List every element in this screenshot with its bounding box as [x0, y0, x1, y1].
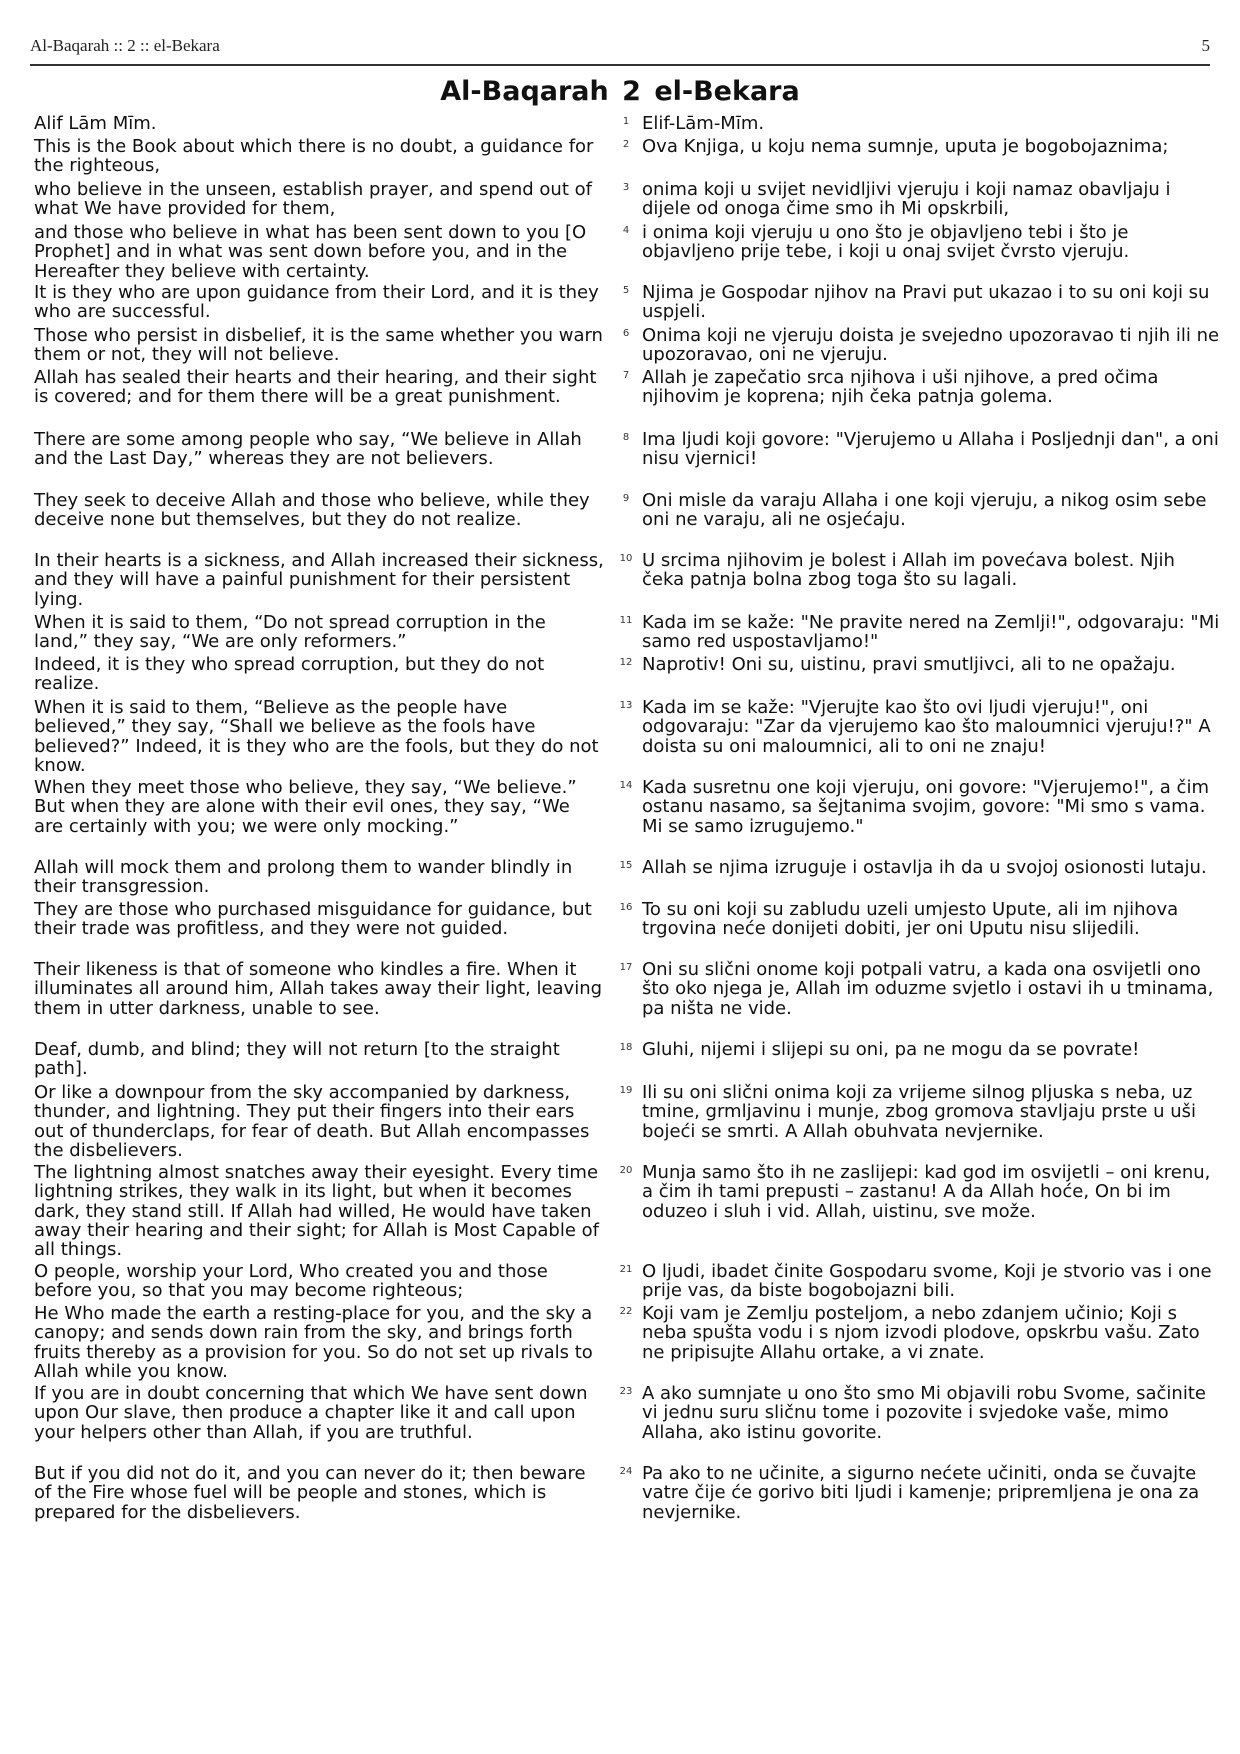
verse-bosnian-text: Pa ako to ne učinite, a sigurno nećete u…	[642, 1464, 1222, 1522]
verse-english-text: The lightning almost snatches away their…	[34, 1163, 604, 1259]
verse-number: 16	[616, 898, 636, 917]
verse-number: 5	[616, 281, 636, 300]
verse-english-text: Their likeness is that of someone who ki…	[34, 960, 604, 1018]
verse-number: 21	[616, 1260, 636, 1279]
header-rule	[30, 64, 1210, 66]
verse-english-text: If you are in doubt concerning that whic…	[34, 1384, 604, 1442]
verse-english-text: Those who persist in disbelief, it is th…	[34, 326, 604, 365]
verse-english-text: They are those who purchased misguidance…	[34, 900, 604, 939]
verse-bosnian-text: onima koji u svijet nevidljivi vjeruju i…	[642, 180, 1222, 219]
verse-number: 18	[616, 1038, 636, 1057]
verse-english-text: This is the Book about which there is no…	[34, 137, 604, 176]
running-header: Al-Baqarah :: 2 :: el-Bekara 5	[30, 36, 1210, 60]
verse-english-text: Allah has sealed their hearts and their …	[34, 368, 604, 407]
verse-number: 1	[616, 112, 636, 131]
verse-number: 10	[616, 549, 636, 568]
verse-bosnian-text: Kada susretnu one koji vjeruju, oni govo…	[642, 778, 1222, 836]
verse-bosnian-text: Kada im se kaže: "Vjerujte kao što ovi l…	[642, 698, 1222, 756]
verse-english-text: Alif Lām Mīm.	[34, 114, 604, 133]
verse-number: 7	[616, 366, 636, 385]
verse-number: 9	[616, 489, 636, 508]
verse-bosnian-text: Munja samo što ih ne zaslijepi: kad god …	[642, 1163, 1222, 1221]
verse-bosnian-text: i onima koji vjeruju u ono što je objavl…	[642, 223, 1222, 262]
verse-number: 22	[616, 1302, 636, 1321]
verse-number: 23	[616, 1382, 636, 1401]
verse-english-text: and those who believe in what has been s…	[34, 223, 604, 281]
verse-bosnian-text: Allah se njima izruguje i ostavlja ih da…	[642, 858, 1222, 877]
verse-bosnian-text: Kada im se kaže: "Ne pravite nered na Ze…	[642, 613, 1222, 652]
verse-bosnian-text: Onima koji ne vjeruju doista je svejedno…	[642, 326, 1222, 365]
verse-bosnian-text: Koji vam je Zemlju posteljom, a nebo zda…	[642, 1304, 1222, 1362]
verse-english-text: He Who made the earth a resting-place fo…	[34, 1304, 604, 1381]
verse-bosnian-text: Njima je Gospodar njihov na Pravi put uk…	[642, 283, 1222, 322]
verse-english-text: When it is said to them, “Do not spread …	[34, 613, 604, 652]
verse-english-text: There are some among people who say, “We…	[34, 430, 604, 469]
verse-number: 4	[616, 221, 636, 240]
verse-english-text: When they meet those who believe, they s…	[34, 778, 604, 836]
page-title: Al-Baqarah 2 el-Bekara	[0, 76, 1240, 107]
verse-bosnian-text: Ova Knjiga, u koju nema sumnje, uputa je…	[642, 137, 1222, 156]
verse-english-text: It is they who are upon guidance from th…	[34, 283, 604, 322]
verse-bosnian-text: U srcima njihovim je bolest i Allah im p…	[642, 551, 1222, 590]
verse-english-text: Allah will mock them and prolong them to…	[34, 858, 604, 897]
verse-bosnian-text: O ljudi, ibadet činite Gospodaru svome, …	[642, 1262, 1222, 1301]
verse-number: 14	[616, 776, 636, 795]
running-title: Al-Baqarah :: 2 :: el-Bekara	[30, 36, 220, 56]
verse-english-text: In their hearts is a sickness, and Allah…	[34, 551, 604, 609]
verse-number: 13	[616, 696, 636, 715]
verse-english-text: O people, worship your Lord, Who created…	[34, 1262, 604, 1301]
verse-bosnian-text: A ako sumnjate u ono što smo Mi objavili…	[642, 1384, 1222, 1442]
page-number: 5	[1202, 36, 1211, 56]
verse-number: 8	[616, 428, 636, 447]
verse-english-text: They seek to deceive Allah and those who…	[34, 491, 604, 530]
verse-bosnian-text: Oni misle da varaju Allaha i one koji vj…	[642, 491, 1222, 530]
verse-number: 12	[616, 653, 636, 672]
verse-number: 6	[616, 324, 636, 343]
verse-number: 15	[616, 856, 636, 875]
verse-number: 20	[616, 1161, 636, 1180]
verse-bosnian-text: To su oni koji su zabludu uzeli umjesto …	[642, 900, 1222, 939]
verse-number: 19	[616, 1081, 636, 1100]
verse-bosnian-text: Allah je zapečatio srca njihova i uši nj…	[642, 368, 1222, 407]
verse-number: 17	[616, 958, 636, 977]
verse-number: 3	[616, 178, 636, 197]
verse-bosnian-text: Naprotiv! Oni su, uistinu, pravi smutlji…	[642, 655, 1222, 674]
verse-bosnian-text: Ima ljudi koji govore: "Vjerujemo u Alla…	[642, 430, 1222, 469]
verse-bosnian-text: Oni su slični onome koji potpali vatru, …	[642, 960, 1222, 1018]
verse-bosnian-text: Gluhi, nijemi i slijepi su oni, pa ne mo…	[642, 1040, 1222, 1059]
verse-number: 2	[616, 135, 636, 154]
verse-english-text: Or like a downpour from the sky accompan…	[34, 1083, 604, 1160]
verse-bosnian-text: Ili su oni slični onima koji za vrijeme …	[642, 1083, 1222, 1141]
verse-number: 11	[616, 611, 636, 630]
verse-bosnian-text: Elif-Lām-Mīm.	[642, 114, 1222, 133]
verse-number: 24	[616, 1462, 636, 1481]
verse-english-text: who believe in the unseen, establish pra…	[34, 180, 604, 219]
verse-english-text: Deaf, dumb, and blind; they will not ret…	[34, 1040, 604, 1079]
verse-english-text: Indeed, it is they who spread corruption…	[34, 655, 604, 694]
verse-english-text: But if you did not do it, and you can ne…	[34, 1464, 604, 1522]
verse-english-text: When it is said to them, “Believe as the…	[34, 698, 604, 775]
